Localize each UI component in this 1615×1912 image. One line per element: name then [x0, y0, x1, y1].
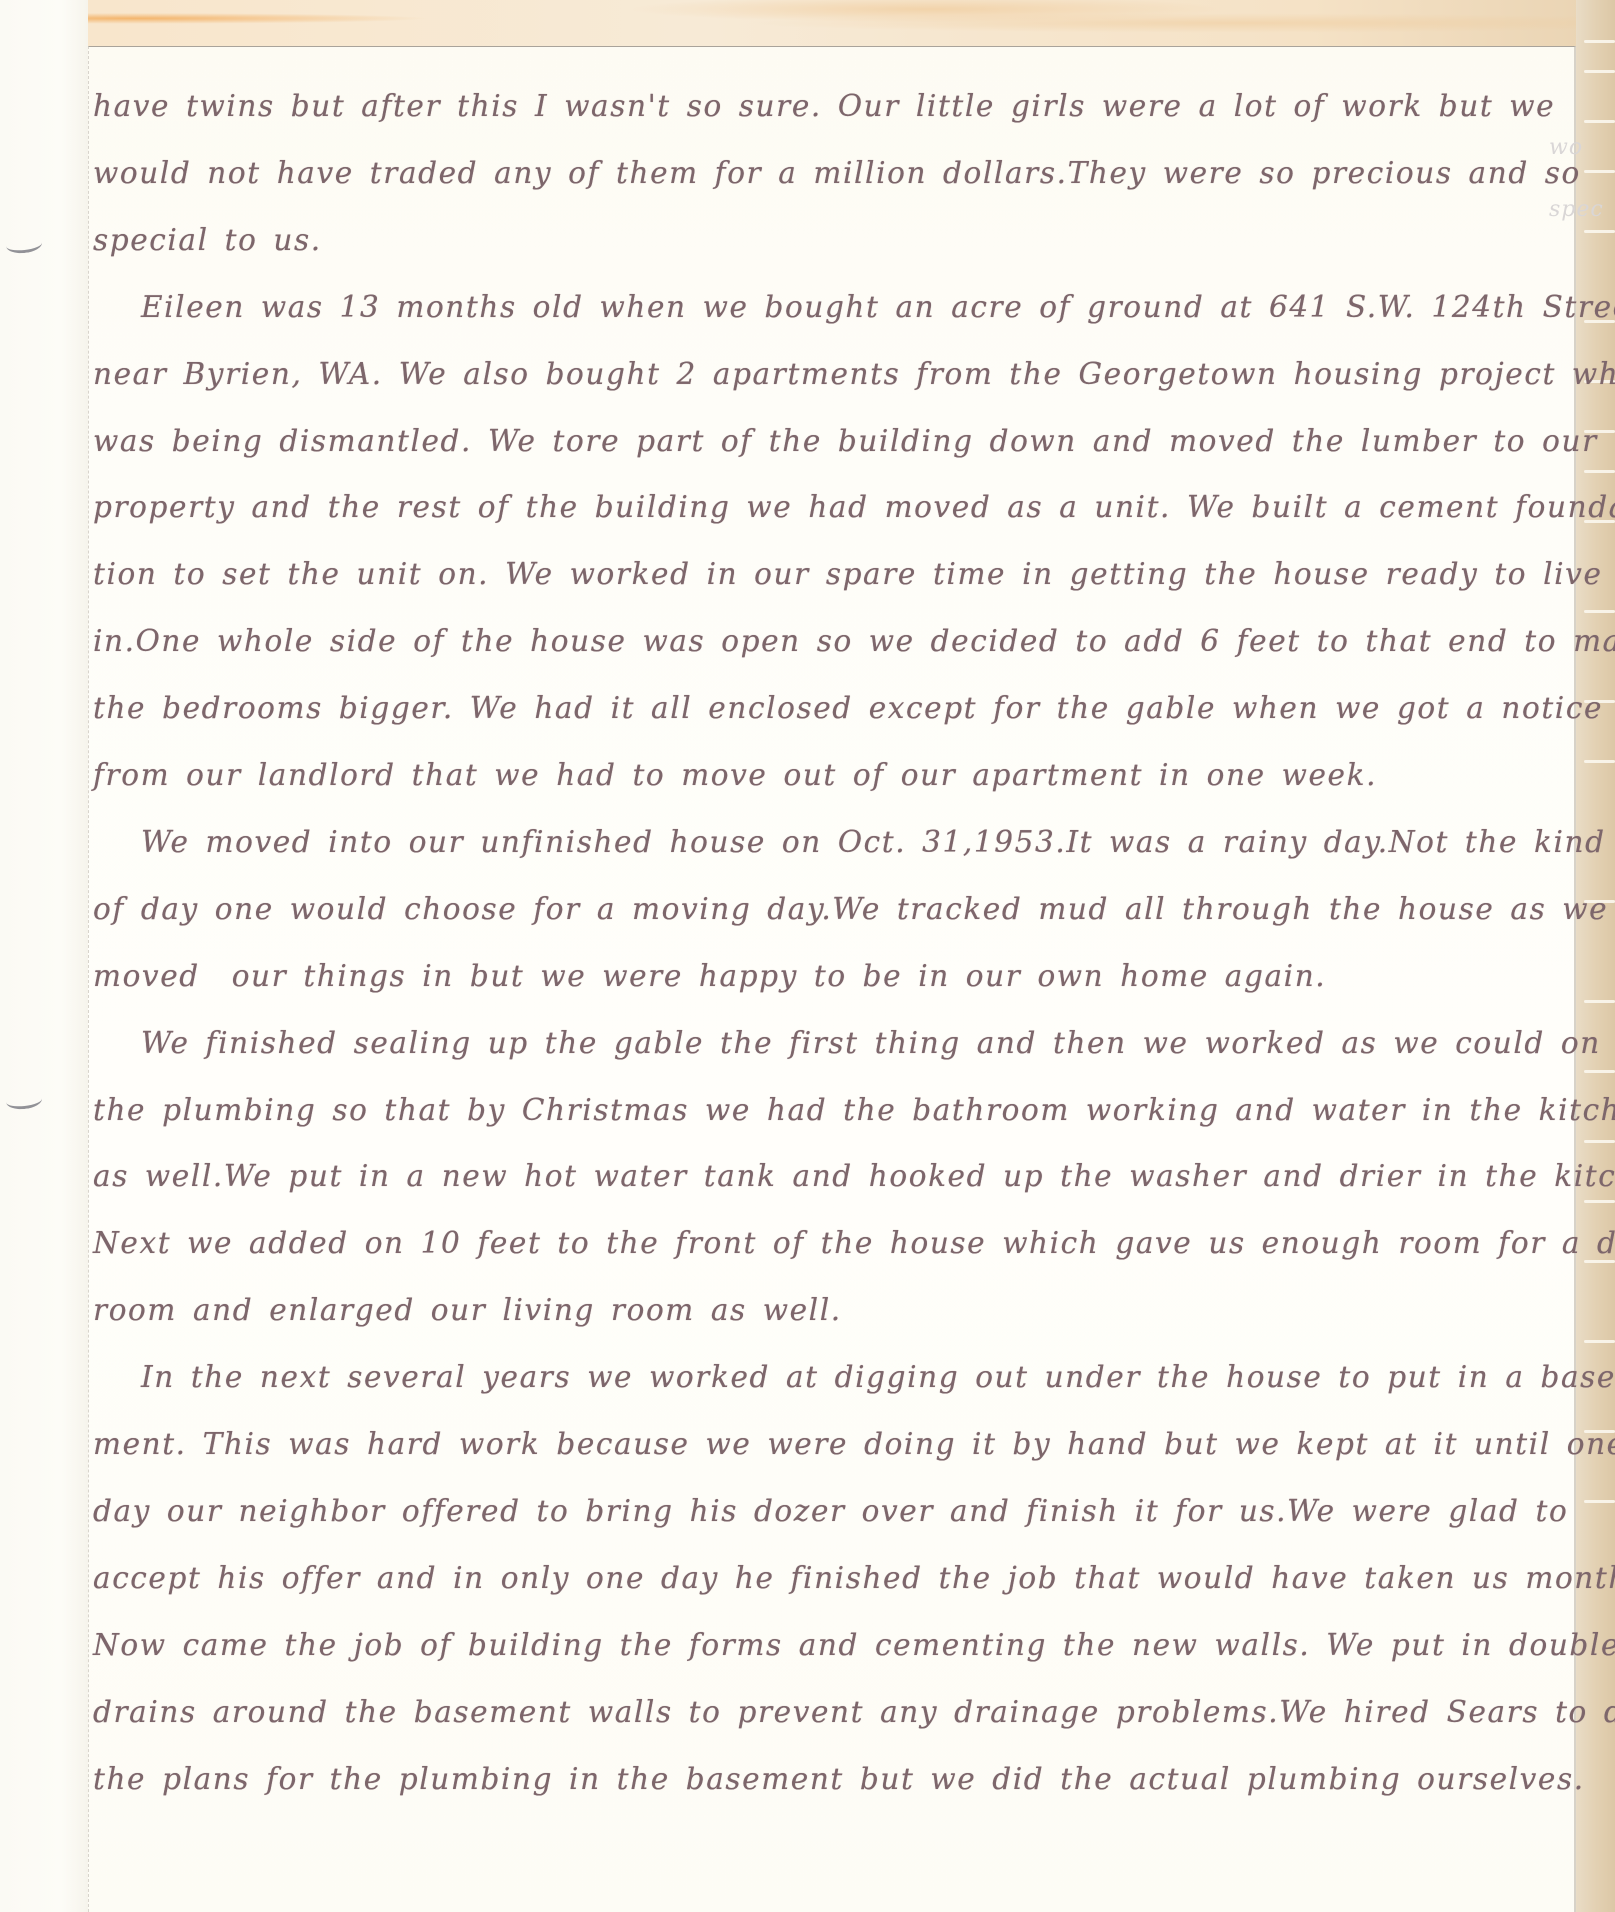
text-line: in.One whole side of the house was open … — [93, 621, 1615, 661]
tape-scrape-mark — [1584, 760, 1615, 763]
text-line: room and enlarged our living room as wel… — [93, 1290, 842, 1330]
text-line: the bedrooms bigger. We had it all enclo… — [93, 688, 1603, 728]
tape-scrape-mark — [1584, 170, 1615, 173]
text-line: drains around the basement walls to prev… — [93, 1692, 1615, 1732]
text-line: have twins but after this I wasn't so su… — [93, 86, 1555, 126]
tape-scrape-mark — [1584, 1500, 1615, 1503]
paragraph-first-line: In the next several years we worked at d… — [141, 1357, 1615, 1397]
tape-scrape-mark — [1584, 70, 1615, 73]
ghost-text: spec — [1549, 197, 1604, 222]
margin-pencil-mark — [5, 234, 43, 255]
paragraph-first-line: We finished sealing up the gable the fir… — [141, 1023, 1601, 1063]
typed-page: have twins but after this I wasn't so su… — [88, 46, 1576, 1912]
tape-scrape-mark — [1584, 610, 1615, 613]
text-line: would not have traded any of them for a … — [93, 153, 1581, 193]
tape-scrape-mark — [1584, 1200, 1615, 1203]
text-line: the plans for the plumbing in the baseme… — [93, 1759, 1585, 1799]
tape-scrape-mark — [1584, 1000, 1615, 1003]
left-margin — [0, 0, 88, 1912]
text-line: the plumbing so that by Christmas we had… — [93, 1090, 1615, 1130]
text-line: ment. This was hard work because we were… — [93, 1424, 1615, 1464]
text-line: was being dismantled. We tore part of th… — [93, 421, 1615, 461]
margin-pencil-mark — [5, 1090, 43, 1111]
paragraph-first-line: We moved into our unfinished house on Oc… — [141, 822, 1606, 862]
paragraph-first-line: Eileen was 13 months old when we bought … — [141, 287, 1615, 327]
tape-scrape-mark — [1584, 40, 1615, 43]
text-line: special to us. — [93, 220, 322, 260]
text-line: day our neighbor offered to bring his do… — [93, 1491, 1568, 1531]
tape-scrape-mark — [1584, 1340, 1615, 1343]
tape-scrape-mark — [1584, 230, 1615, 233]
stained-top-edge — [88, 0, 1615, 46]
tape-scrape-mark — [1584, 1140, 1615, 1143]
text-line: Now came the job of building the forms a… — [93, 1625, 1615, 1665]
text-line: Next we added on 10 feet to the front of… — [93, 1223, 1615, 1263]
text-line: tion to set the unit on. We worked in ou… — [93, 554, 1603, 594]
text-line: near Byrien, WA. We also bought 2 apartm… — [93, 354, 1615, 394]
tape-scrape-mark — [1584, 120, 1615, 123]
text-line: as well.We put in a new hot water tank a… — [93, 1156, 1615, 1196]
text-line: accept his offer and in only one day he … — [93, 1558, 1615, 1598]
text-line: property and the rest of the building we… — [93, 487, 1615, 527]
text-line: from our landlord that we had to move ou… — [93, 755, 1377, 795]
tape-scrape-mark — [1584, 1070, 1615, 1073]
ghost-text: wo — [1549, 135, 1583, 160]
tape-scrape-mark — [1584, 470, 1615, 473]
text-line: moved our things in but we were happy to… — [93, 956, 1326, 996]
text-line: of day one would choose for a moving day… — [93, 889, 1608, 929]
